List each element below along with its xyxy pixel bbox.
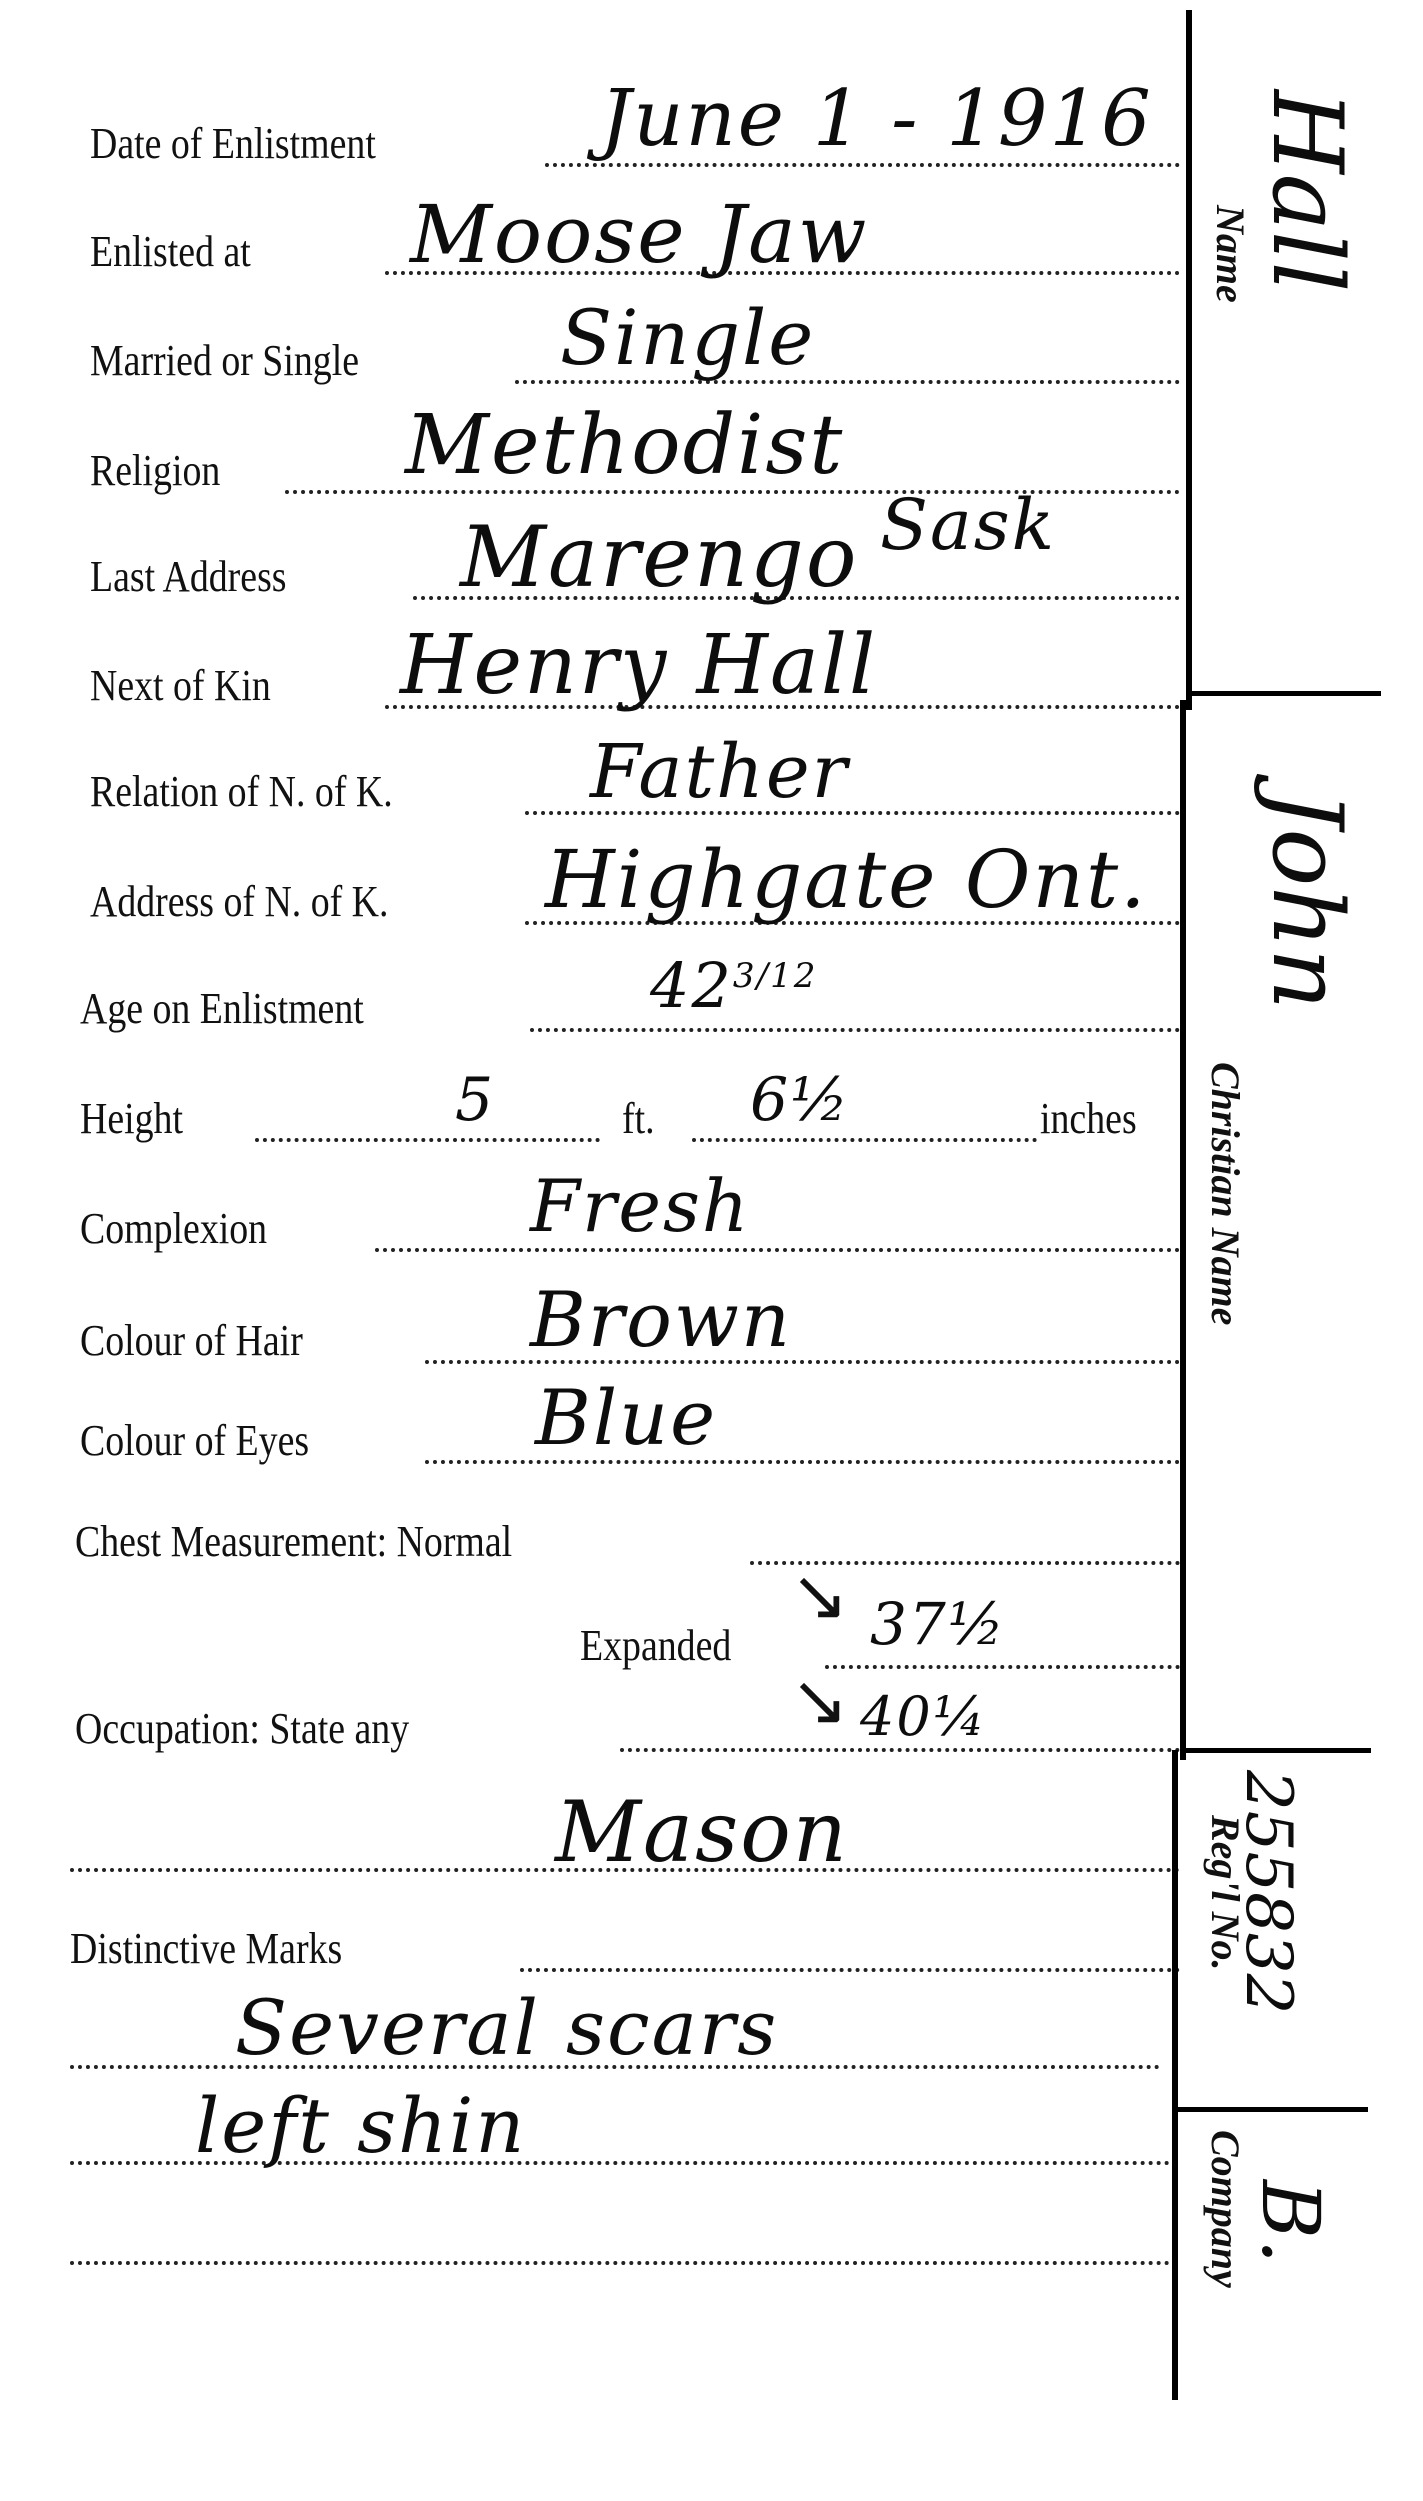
dotted-line <box>825 1665 1180 1669</box>
label-complexion: Complexion <box>80 1207 267 1251</box>
label-distinctive-marks: Distinctive Marks <box>70 1927 342 1971</box>
dotted-line <box>520 1968 1180 1972</box>
value-chest-normal[interactable]: 37½ <box>870 1595 1006 1653</box>
label-date-of-enlistment: Date of Enlistment <box>90 122 376 166</box>
sidebar-divider <box>1180 700 1186 1760</box>
label-address-of-nok: Address of N. of K. <box>90 880 388 924</box>
age-months-fraction: 3/12 <box>733 959 818 993</box>
label-height-ft: ft. <box>622 1097 655 1141</box>
value-distinctive-marks-line2[interactable]: left shin <box>195 2088 526 2164</box>
attestation-card: Date of Enlistment June 1 - 1916 Enliste… <box>0 0 1423 2501</box>
value-date-of-enlistment[interactable]: June 1 - 1916 <box>600 80 1153 158</box>
label-last-address: Last Address <box>90 555 287 599</box>
sidebar-label-christian-name: Christian Name <box>1205 1062 1245 1325</box>
sidebar-separator-company <box>1176 2107 1368 2112</box>
label-chest-expanded: Expanded <box>580 1624 731 1668</box>
value-height-inches[interactable]: 6½ <box>750 1070 850 1130</box>
sidebar-divider <box>1172 1750 1178 2400</box>
value-chest-expanded[interactable]: 40¼ <box>860 1690 987 1744</box>
sidebar-separator-regl-no <box>1186 1748 1371 1753</box>
arrow-icon: ↘ <box>790 1560 849 1630</box>
value-colour-of-eyes[interactable]: Blue <box>535 1380 717 1456</box>
sidebar-separator-name <box>1186 691 1381 696</box>
sidebar-label-company: Company <box>1205 2130 1245 2288</box>
label-height-inches: inches <box>1040 1097 1137 1141</box>
sidebar-value-surname[interactable]: Hall <box>1259 90 1355 292</box>
label-religion: Religion <box>90 449 220 493</box>
value-married-or-single[interactable]: Single <box>560 300 815 376</box>
value-occupation[interactable]: Mason <box>555 1790 849 1874</box>
age-years: 42 <box>650 949 733 1022</box>
arrow-icon: ↘ <box>790 1665 849 1735</box>
value-last-address-province[interactable]: Sask <box>880 490 1056 560</box>
dotted-line <box>70 2261 1170 2265</box>
label-next-of-kin: Next of Kin <box>90 664 271 708</box>
label-height: Height <box>80 1097 183 1141</box>
sidebar-value-christian-name[interactable]: John <box>1259 790 1355 1010</box>
value-colour-of-hair[interactable]: Brown <box>530 1282 792 1358</box>
value-last-address[interactable]: Marengo <box>460 515 858 599</box>
sidebar-label-name: Name <box>1210 205 1250 303</box>
value-next-of-kin[interactable]: Henry Hall <box>400 625 877 707</box>
label-colour-of-hair: Colour of Hair <box>80 1319 303 1363</box>
dotted-line <box>530 1028 1180 1032</box>
label-occupation: Occupation: State any <box>75 1707 409 1751</box>
label-enlisted-at: Enlisted at <box>90 230 251 274</box>
value-height-feet[interactable]: 5 <box>455 1070 495 1130</box>
value-enlisted-at[interactable]: Moose Jaw <box>410 195 868 275</box>
label-married-or-single: Married or Single <box>90 339 359 383</box>
value-distinctive-marks-line1[interactable]: Several scars <box>235 1990 778 2066</box>
label-relation-of-nok: Relation of N. of K. <box>90 770 393 814</box>
label-chest-measurement-normal: Chest Measurement: Normal <box>75 1520 512 1564</box>
value-complexion[interactable]: Fresh <box>530 1170 750 1242</box>
dotted-line <box>620 1748 1180 1752</box>
value-religion[interactable]: Methodist <box>405 405 844 487</box>
sidebar-divider <box>1186 10 1192 710</box>
value-address-of-nok[interactable]: Highgate Ont. <box>545 840 1148 920</box>
value-relation-of-nok[interactable]: Father <box>590 735 849 809</box>
dotted-line <box>692 1138 1037 1142</box>
value-age-on-enlistment[interactable]: 423/12 <box>650 955 817 1017</box>
sidebar-value-company[interactable]: B. <box>1250 2180 1330 2264</box>
dotted-line <box>375 1248 1180 1252</box>
label-age-on-enlistment: Age on Enlistment <box>80 987 364 1031</box>
label-colour-of-eyes: Colour of Eyes <box>80 1419 309 1463</box>
sidebar-value-regl-no[interactable]: 255832 <box>1236 1770 1300 2014</box>
dotted-line <box>255 1138 600 1142</box>
